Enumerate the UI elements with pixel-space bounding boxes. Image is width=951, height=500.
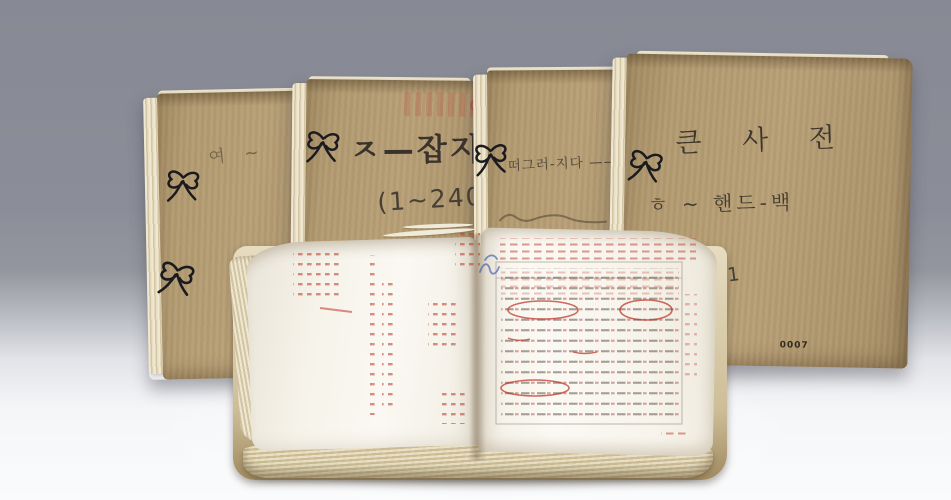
string-tie: [302, 120, 346, 164]
left-page-red-entries: [293, 233, 480, 424]
string-tie: [623, 138, 671, 186]
string-tie: [467, 130, 516, 179]
string-tie: [152, 249, 203, 300]
cover-title: ㅈ—잡지: [350, 124, 483, 170]
studio-photo: 여 ~ ㅈ—잡지 (1~240) 떠그러-지다 —— 큰 사 전 ㅎ ~ 핸드-…: [0, 0, 951, 500]
cover-title: 큰 사 전: [675, 115, 852, 160]
open-manuscript-book: [233, 220, 735, 486]
right-page-manuscript-text: [496, 238, 697, 438]
string-tie: [161, 159, 206, 204]
cover-range: ㅎ ~ 핸드-백: [648, 186, 794, 218]
handwriting-overlay: [233, 220, 735, 486]
catalog-stamp-number: 0007: [780, 340, 809, 351]
